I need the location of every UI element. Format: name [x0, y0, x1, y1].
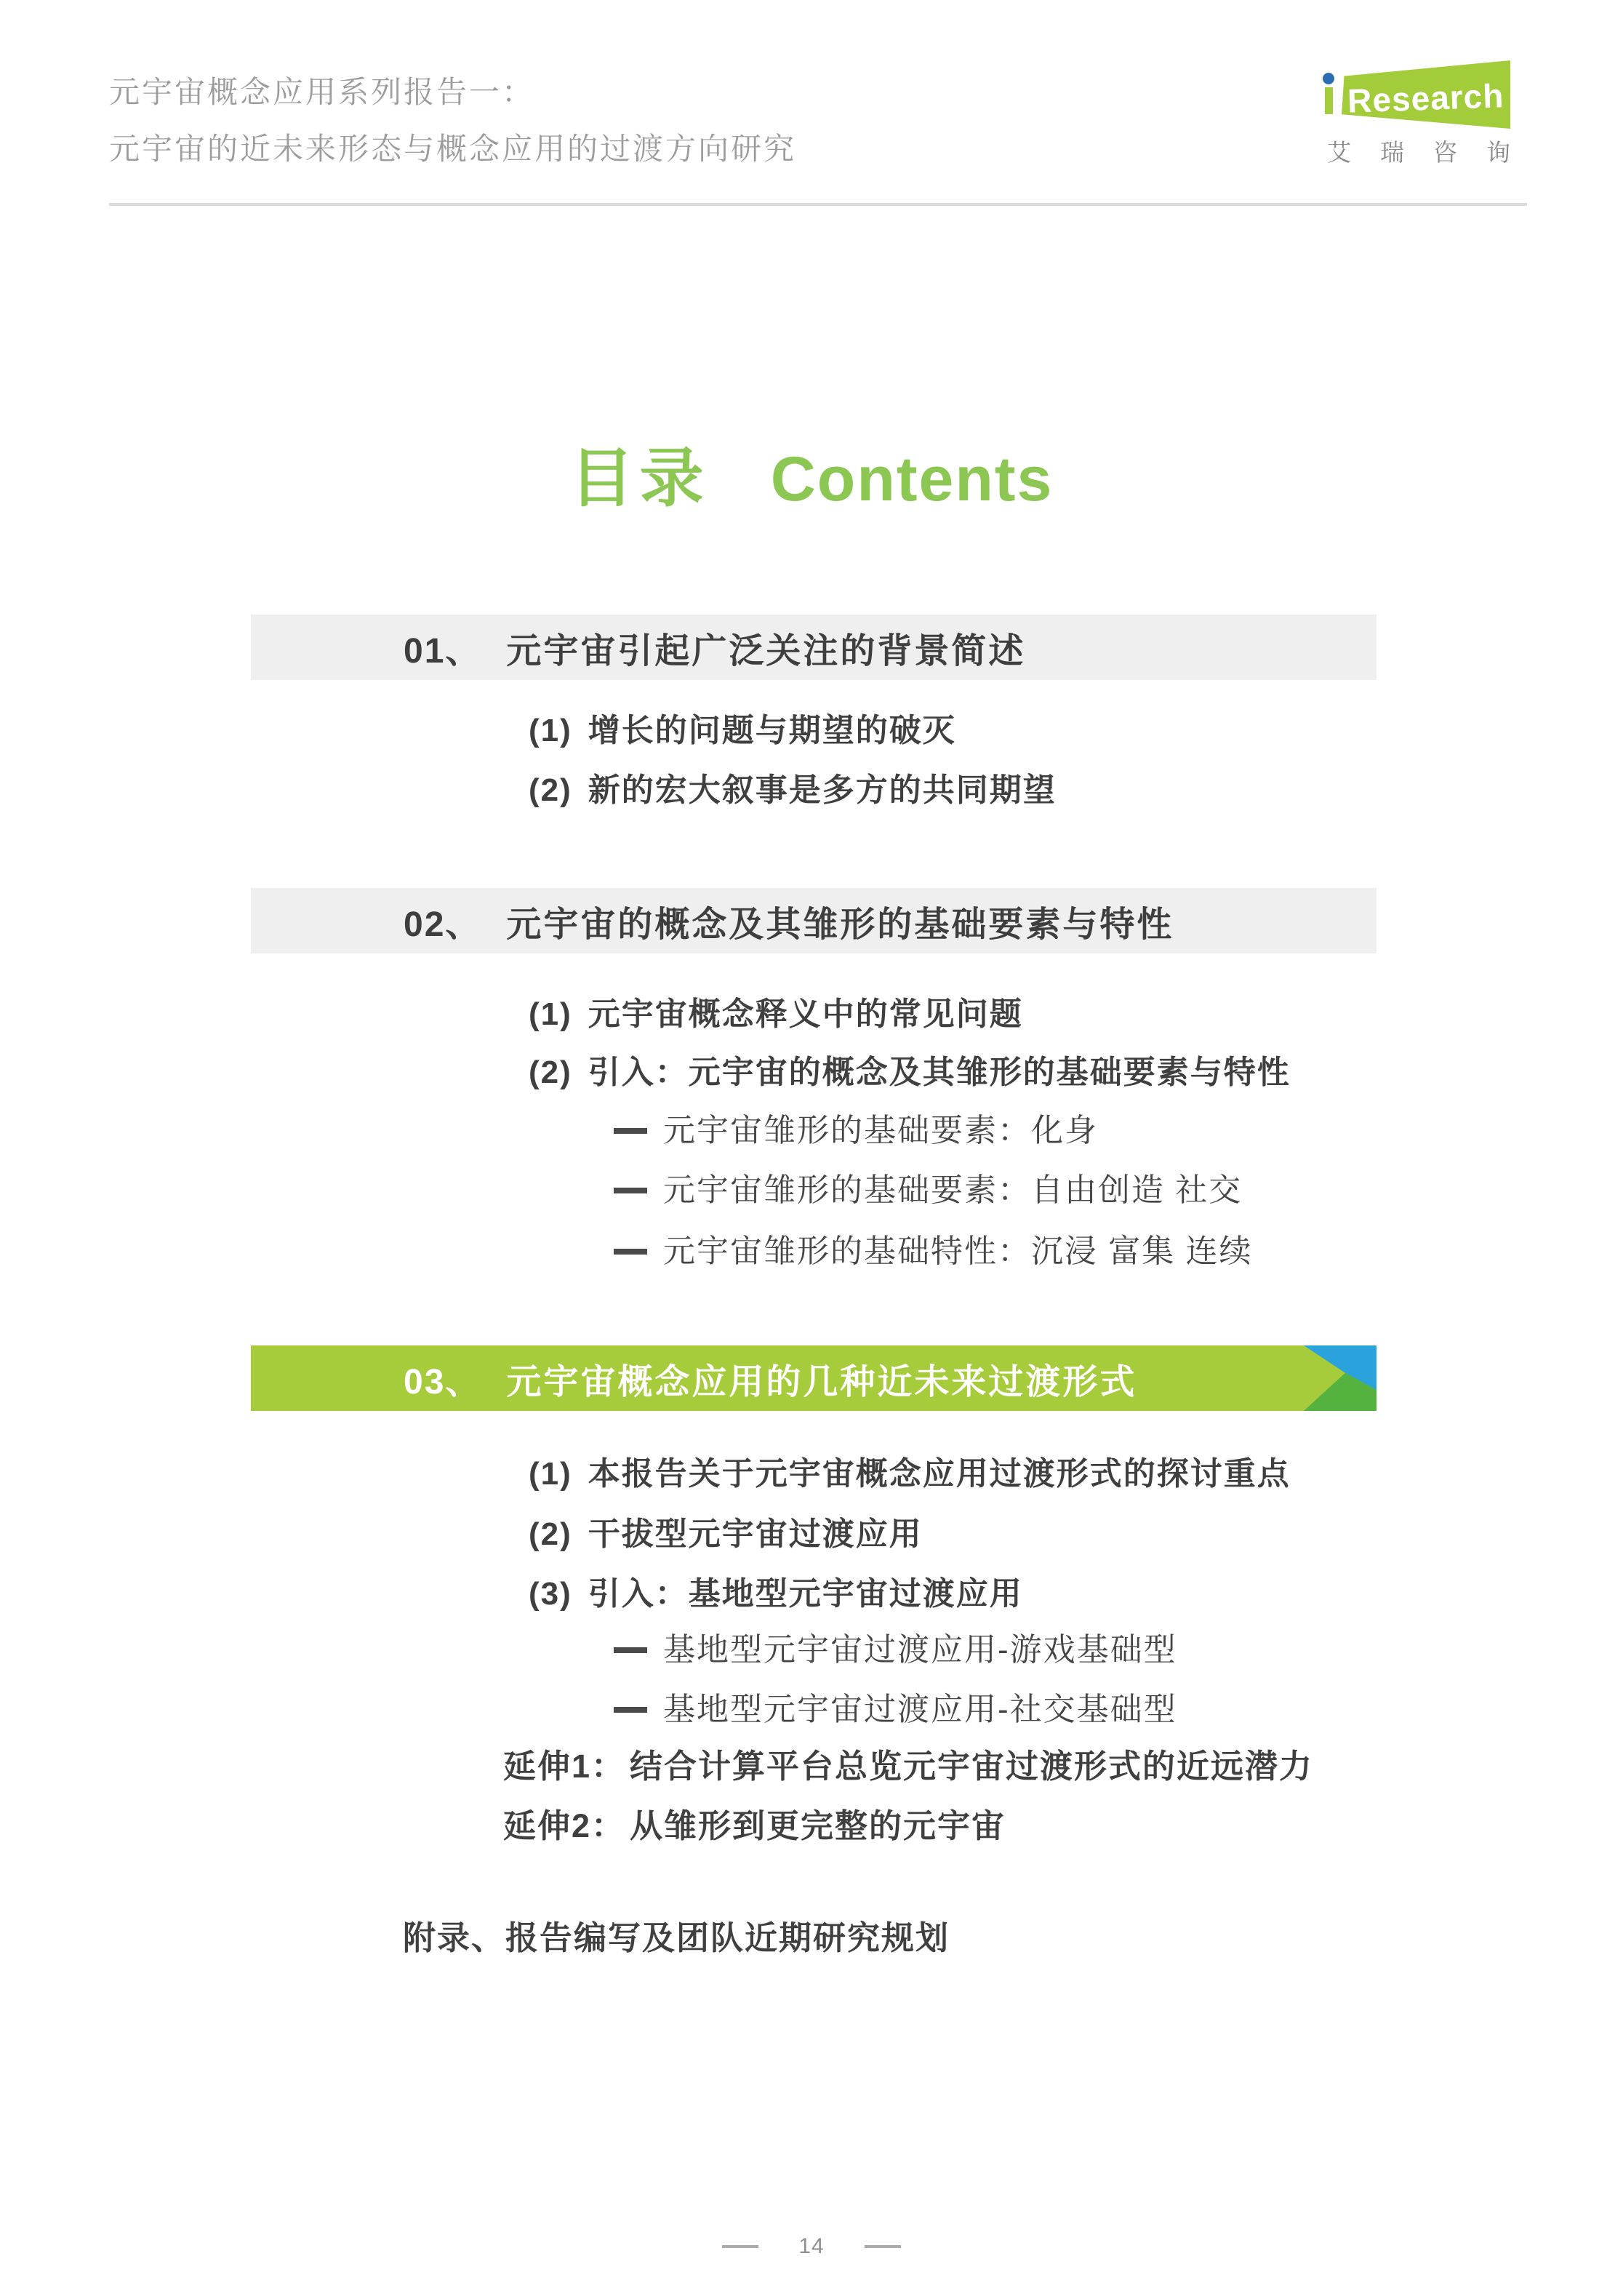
- report-toc-page: 元宇宙概念应用系列报告一： 元宇宙的近未来形态与概念应用的过渡方向研究 Rese…: [0, 0, 1623, 2296]
- toc-subentry-text: 基地型元宇宙过渡应用-游戏基础型: [663, 1632, 1177, 1668]
- toc-entry-text: 本报告关于元宇宙概念应用过渡形式的探讨重点: [588, 1456, 1291, 1492]
- toc-subentry-text: 元宇宙雏形的基础要素：自由创造 社交: [663, 1172, 1242, 1209]
- toc-entry-label: (1): [529, 996, 572, 1032]
- toc-extension-text: 从雏形到更完整的元宇宙: [630, 1807, 1006, 1844]
- report-series-line: 元宇宙概念应用系列报告一：: [109, 64, 796, 121]
- report-header: 元宇宙概念应用系列报告一： 元宇宙的近未来形态与概念应用的过渡方向研究: [109, 64, 796, 177]
- toc-entry-text: 元宇宙概念释义中的常见问题: [588, 996, 1023, 1032]
- toc-extension-label: 延伸1：: [503, 1748, 625, 1785]
- toc-subentry: 元宇宙雏形的基础特性：沉浸 富集 连续: [614, 1233, 1252, 1270]
- toc-subentry-text: 元宇宙雏形的基础特性：沉浸 富集 连续: [663, 1233, 1252, 1270]
- logo-company-name: 艾瑞咨询: [1327, 134, 1539, 168]
- toc-entry: (1)元宇宙概念释义中的常见问题: [529, 996, 1023, 1033]
- toc-title-zh: 目录: [570, 442, 710, 514]
- toc-entry: (2)引入：元宇宙的概念及其雏形的基础要素与特性: [529, 1055, 1291, 1091]
- section-number: 03、: [404, 1353, 481, 1404]
- section-title: 元宇宙的概念及其雏形的基础要素与特性: [506, 896, 1174, 946]
- toc-entry-label: (2): [529, 1055, 572, 1090]
- dash-bullet-icon: [614, 1128, 647, 1134]
- toc-title-en: Contents: [771, 444, 1054, 514]
- toc-subentry: 基地型元宇宙过渡应用-社交基础型: [614, 1692, 1177, 1728]
- toc-entry-text: 引入：基地型元宇宙过渡应用: [588, 1576, 1023, 1612]
- toc-entry: (2)新的宏大叙事是多方的共同期望: [529, 772, 1057, 809]
- toc-extension-text: 结合计算平台总览元宇宙过渡形式的近远潜力: [630, 1748, 1313, 1785]
- footer-right-dash-icon: [865, 2245, 901, 2248]
- toc-entry-label: (2): [529, 1516, 572, 1552]
- toc-entry-label: (3): [529, 1576, 572, 1612]
- page-number: 14: [798, 2234, 824, 2259]
- toc-entry-text: 新的宏大叙事是多方的共同期望: [588, 772, 1057, 808]
- iresearch-logo: Research 艾瑞咨询: [1316, 58, 1516, 164]
- dash-bullet-icon: [614, 1188, 647, 1193]
- toc-entry: (2)干拔型元宇宙过渡应用: [529, 1516, 923, 1553]
- section-title: 元宇宙概念应用的几种近未来过渡形式: [506, 1353, 1137, 1404]
- section-bar-03-highlighted: 03、 元宇宙概念应用的几种近未来过渡形式: [251, 1345, 1376, 1411]
- toc-entry: (1)增长的问题与期望的破灭: [529, 713, 956, 749]
- toc-entry-label: (1): [529, 1456, 572, 1492]
- toc-subentry: 元宇宙雏形的基础要素：化身: [614, 1113, 1098, 1149]
- logo-flag-icon: Research: [1342, 60, 1510, 129]
- toc-subentry-text: 元宇宙雏形的基础要素：化身: [663, 1113, 1098, 1149]
- toc-subentry: 元宇宙雏形的基础要素：自由创造 社交: [614, 1172, 1242, 1209]
- section-number: 01、: [404, 623, 481, 673]
- toc-entry: (3)引入：基地型元宇宙过渡应用: [529, 1576, 1023, 1612]
- dash-bullet-icon: [614, 1249, 647, 1255]
- toc-subentry: 基地型元宇宙过渡应用-游戏基础型: [614, 1632, 1177, 1668]
- section-bar-01: 01、 元宇宙引起广泛关注的背景简述: [251, 615, 1376, 680]
- header-divider: [109, 203, 1527, 206]
- dash-bullet-icon: [614, 1707, 647, 1713]
- toc-entry-text: 增长的问题与期望的破灭: [588, 713, 956, 748]
- toc-entry-label: (1): [529, 713, 572, 748]
- toc-entry-label: (2): [529, 772, 572, 808]
- footer-left-dash-icon: [722, 2245, 758, 2248]
- toc-extension-entry: 延伸2：从雏形到更完整的元宇宙: [503, 1808, 1006, 1844]
- toc-page-title: 目录Contents: [0, 428, 1623, 519]
- toc-entry: (1)本报告关于元宇宙概念应用过渡形式的探讨重点: [529, 1456, 1291, 1492]
- toc-entry-text: 干拔型元宇宙过渡应用: [588, 1516, 923, 1552]
- toc-subentry-text: 基地型元宇宙过渡应用-社交基础型: [663, 1692, 1177, 1728]
- logo-i-stem-icon: [1325, 87, 1333, 114]
- section-title: 元宇宙引起广泛关注的背景简述: [506, 623, 1025, 673]
- page-footer: 14: [0, 2234, 1623, 2259]
- section-bar-accent-icon: [1304, 1345, 1376, 1411]
- section-bar-02: 02、 元宇宙的概念及其雏形的基础要素与特性: [251, 888, 1376, 953]
- dash-bullet-icon: [614, 1647, 647, 1653]
- section-number: 02、: [404, 896, 481, 946]
- logo-i-dot-icon: [1323, 73, 1334, 84]
- toc-entry-text: 引入：元宇宙的概念及其雏形的基础要素与特性: [588, 1055, 1291, 1090]
- appendix-entry: 附录、报告编写及团队近期研究规划: [403, 1920, 950, 1956]
- report-title-line: 元宇宙的近未来形态与概念应用的过渡方向研究: [109, 121, 796, 177]
- logo-brand-text: Research: [1347, 68, 1504, 120]
- toc-extension-entry: 延伸1：结合计算平台总览元宇宙过渡形式的近远潜力: [503, 1748, 1313, 1785]
- toc-extension-label: 延伸2：: [503, 1807, 625, 1844]
